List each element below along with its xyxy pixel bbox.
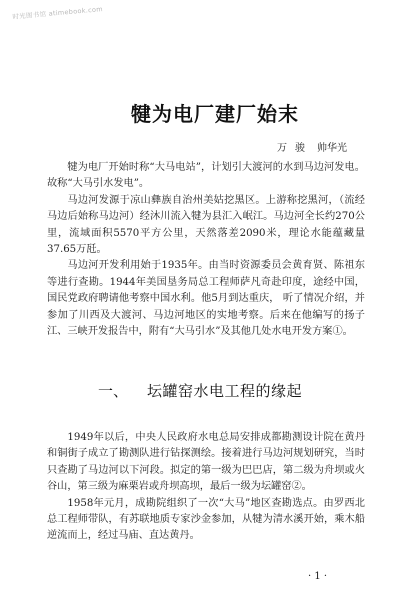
section-text: 1949年以后，中央人民政府水电总局安排成都勘测设计院在黄丹和铜街子成立了勘测队…	[47, 430, 365, 545]
article-title: 犍为电厂建厂始末	[0, 98, 420, 127]
section-title: 坛罐窑水电工程的缘起	[147, 380, 302, 401]
author-name: 帅华光	[317, 143, 347, 154]
author-line: 万骏帅华光	[277, 139, 347, 154]
intro-text: 犍为电厂开始时称“大马电站”，计划引大渡河的水到马边河发电。故称“大马引水发电”…	[47, 160, 365, 340]
paragraph: 马边河开发利用始于1935年。由当时资源委员会黄育贤、陈祖东等进行查勘。1944…	[47, 258, 365, 340]
page-number: · 1 ·	[308, 571, 327, 582]
section-number: 一、	[98, 380, 128, 401]
paragraph: 1958年元月，成勘院组织了一次“大马”地区查勘选点。由罗西北总工程师带队，有苏…	[47, 496, 365, 545]
paragraph: 1949年以后，中央人民政府水电总局安排成都勘测设计院在黄丹和铜街子成立了勘测队…	[47, 430, 365, 496]
author-name: 骏	[295, 143, 305, 154]
watermark: 时光图书馆 atimebook.com	[12, 4, 103, 21]
author-name: 万	[277, 143, 287, 154]
paragraph: 犍为电厂开始时称“大马电站”，计划引大渡河的水到马边河发电。故称“大马引水发电”…	[47, 160, 365, 193]
paragraph: 马边河发源于凉山彝族自治州美姑挖黑区。上游称挖黑河，（流经马边后始称马边河）经沐…	[47, 193, 365, 259]
